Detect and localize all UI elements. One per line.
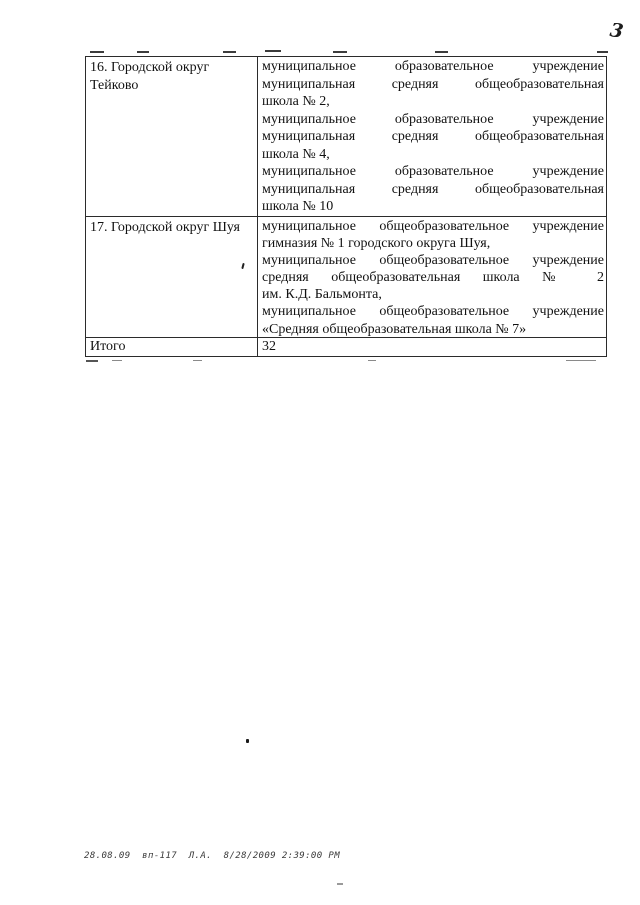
table-row-17: 17. Городской округ Шуя муниципальное об… — [86, 217, 606, 338]
scan-artifact-dash — [265, 50, 281, 52]
total-label-cell: Итого — [86, 338, 258, 356]
institution-text: им. К.Д. Бальмонта, — [262, 286, 604, 303]
scan-artifact-dash — [597, 51, 608, 53]
scan-artifact-dash — [223, 51, 236, 53]
scan-artifact-dash — [90, 51, 104, 53]
institution-text: средняя общеобразовательная школа № 2 — [262, 269, 604, 286]
scan-artifact-dash — [112, 360, 122, 361]
institution-text: гимназия № 1 городского округа Шуя, — [262, 235, 604, 252]
table-row-16: 16. Городской округ Тейково муниципально… — [86, 57, 606, 217]
institution-text: муниципальное образовательное учреждение — [262, 58, 604, 76]
region-text: 16. Городской округ — [90, 59, 254, 77]
institutions-cell-16: муниципальное образовательное учреждение… — [258, 57, 606, 216]
total-row: Итого 32 — [86, 338, 606, 356]
scan-artifact-small-dash — [337, 883, 343, 885]
scan-artifact-dash — [86, 360, 98, 362]
institution-text: муниципальное общеобразовательное учрежд… — [262, 303, 604, 320]
institutions-table: 16. Городской округ Тейково муниципально… — [85, 56, 607, 357]
institution-text: школа № 2, — [262, 93, 604, 111]
total-value-cell: 32 — [258, 338, 606, 356]
institution-text: школа № 10 — [262, 198, 604, 216]
institution-text: школа № 4, — [262, 146, 604, 164]
institution-text: муниципальная средняя общеобразовательна… — [262, 128, 604, 146]
footer-timestamp: 28.08.09 вп-117 Л.А. 8/28/2009 2:39:00 P… — [84, 851, 340, 862]
scan-artifact-dash — [333, 51, 347, 53]
institution-text: муниципальная средняя общеобразовательна… — [262, 76, 604, 94]
institution-text: «Средняя общеобразовательная школа № 7» — [262, 321, 604, 337]
scan-artifact-dash — [435, 51, 448, 53]
scan-artifact-dash — [566, 360, 596, 361]
region-text: Тейково — [90, 77, 254, 95]
scan-artifact-dash — [137, 51, 149, 53]
institution-text: муниципальное общеобразовательное учрежд… — [262, 252, 604, 269]
region-cell-17: 17. Городской округ Шуя — [86, 217, 258, 337]
scan-artifact-dot — [246, 739, 249, 743]
scan-artifact-dash — [193, 360, 202, 361]
institution-text: муниципальное образовательное учреждение — [262, 111, 604, 129]
region-cell-16: 16. Городской округ Тейково — [86, 57, 258, 216]
page-number: 3 — [608, 19, 625, 43]
institution-text: муниципальная средняя общеобразовательна… — [262, 181, 604, 199]
institution-text: муниципальное общеобразовательное учрежд… — [262, 218, 604, 235]
institutions-cell-17: муниципальное общеобразовательное учрежд… — [258, 217, 606, 337]
institution-text: муниципальное образовательное учреждение — [262, 163, 604, 181]
scan-artifact-dash — [368, 360, 376, 361]
region-text: 17. Городской округ Шуя — [90, 219, 254, 236]
